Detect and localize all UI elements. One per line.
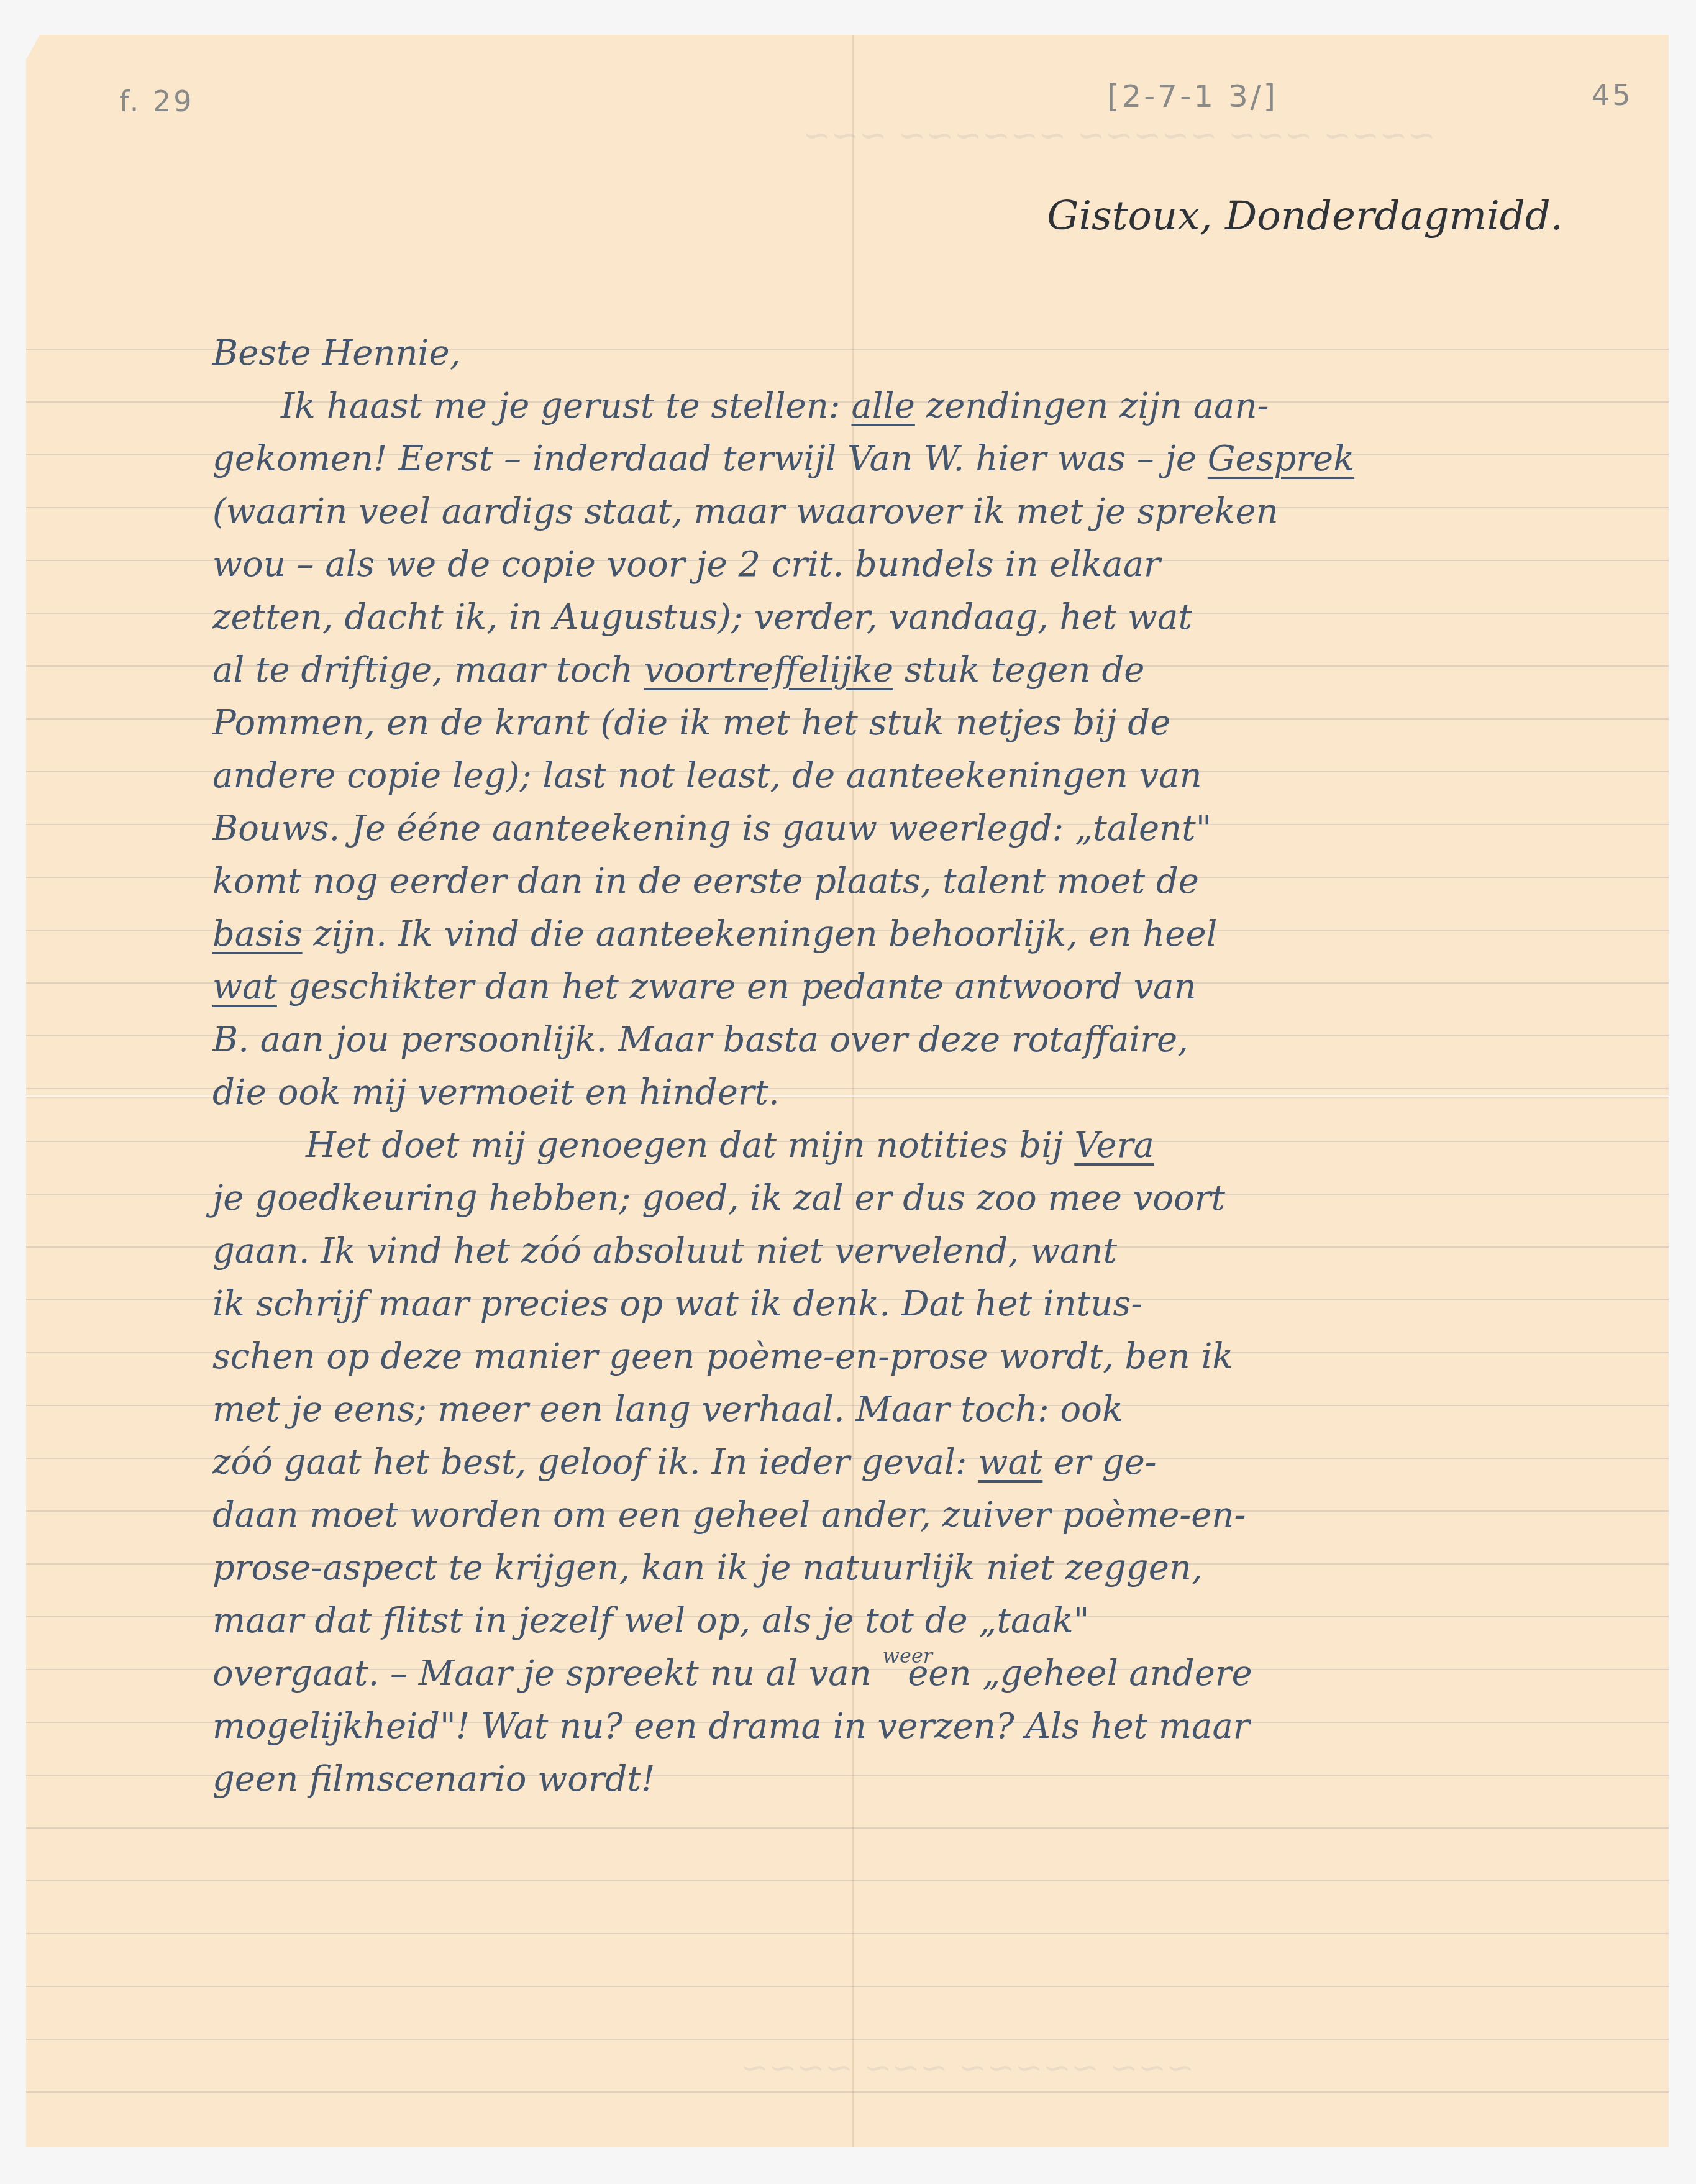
folio-annotation: f. 29 (119, 85, 194, 118)
underlined-word: wat (978, 1442, 1043, 1483)
letter-line: (waarin veel aardigs staat, maar waarove… (212, 485, 1654, 538)
line-text: schen op deze manier geen poème-en-prose… (212, 1336, 1233, 1377)
line-text: B. aan jou persoonlijk. Maar basta over … (212, 1020, 1188, 1060)
ruled-line (26, 1827, 1669, 1829)
underlined-word: alle (851, 386, 914, 426)
letter-line: gaan. Ik vind het zóó absoluut niet verv… (212, 1225, 1654, 1277)
letter-line: wou – als we de copie voor je 2 crit. bu… (212, 538, 1654, 591)
line-text: mogelijkheid"! Wat nu? een drama in verz… (212, 1706, 1250, 1747)
line-text: zetten, dacht ik, in Augustus); verder, … (212, 597, 1192, 637)
ruled-line (26, 1986, 1669, 1987)
letter-line: wat geschikter dan het zware en pedante … (212, 961, 1654, 1013)
line-text: die ook mij vermoeit en hindert. (212, 1072, 780, 1113)
underlined-word: voortreffelijke (644, 650, 893, 690)
line-text: komt nog eerder dan in de eerste plaats,… (212, 861, 1199, 902)
letter-line: die ook mij vermoeit en hindert. (212, 1066, 1654, 1119)
letter-line: Bouws. Je ééne aanteekening is gauw weer… (212, 802, 1654, 855)
line-text: met je eens; meer een lang verhaal. Maar… (212, 1389, 1123, 1430)
letter-line: gekomen! Eerst – inderdaad terwijl Van W… (212, 432, 1654, 485)
line-text: er ge- (1042, 1442, 1156, 1483)
letter-line: Het doet mij genoegen dat mijn notities … (212, 1119, 1654, 1172)
ruled-line (26, 1880, 1669, 1881)
page-number: 45 (1592, 78, 1633, 112)
line-text: Ik haast me je gerust te stellen: (281, 386, 851, 426)
line-text: Pommen, en de krant (die ik met het stuk… (212, 703, 1170, 743)
letter-line: ik schrijf maar precies op wat ik denk. … (212, 1277, 1654, 1330)
letter-line: komt nog eerder dan in de eerste plaats,… (212, 855, 1654, 908)
bleed-through-text: ~~~ ~~~~~ ~~~ ~~~~ (741, 2048, 1194, 2087)
underlined-word: wat (212, 967, 277, 1007)
letter-line: prose-aspect te krijgen, kan ik je natuu… (212, 1542, 1654, 1594)
letter-line: zetten, dacht ik, in Augustus); verder, … (212, 591, 1654, 644)
line-text: zendingen zijn aan- (915, 386, 1269, 426)
letter-body: Beste Hennie, Ik haast me je gerust te s… (212, 327, 1654, 1806)
letter-line: overgaat. – Maar je spreekt nu al van we… (212, 1647, 1654, 1700)
inserted-word: weer (883, 1644, 933, 1668)
letter-line: geen filmscenario wordt! (212, 1753, 1654, 1806)
letter-line: mogelijkheid"! Wat nu? een drama in verz… (212, 1700, 1654, 1753)
line-text: Bouws. Je ééne aanteekening is gauw weer… (212, 808, 1211, 849)
line-text: wou – als we de copie voor je 2 crit. bu… (212, 544, 1160, 585)
line-text: (waarin veel aardigs staat, maar waarove… (212, 491, 1279, 532)
bleed-through-text: ~~~~ ~~~ ~~~~~ ~~~~~~ ~~~ (803, 116, 1436, 155)
place-day-heading: Gistoux, Donderdagmidd. (1047, 193, 1563, 239)
ruled-line (26, 2039, 1669, 2040)
salutation: Beste Hennie, (212, 327, 1654, 380)
underlined-word: Gesprek (1208, 439, 1354, 479)
line-text: al te driftige, maar toch (212, 650, 644, 690)
line-text: ik schrijf maar precies op wat ik denk. … (212, 1284, 1142, 1324)
letter-line: maar dat flitst in jezelf wel op, als je… (212, 1594, 1654, 1647)
ruled-line (26, 1933, 1669, 1934)
letter-line: B. aan jou persoonlijk. Maar basta over … (212, 1013, 1654, 1066)
line-text: prose-aspect te krijgen, kan ik je natuu… (212, 1548, 1203, 1588)
ruled-line (26, 2091, 1669, 2093)
line-text: daan moet worden om een geheel ander, zu… (212, 1495, 1246, 1535)
letter-line: Ik haast me je gerust te stellen: alle z… (212, 380, 1654, 432)
line-text: maar dat flitst in jezelf wel op, als je… (212, 1601, 1090, 1641)
letter-line: Pommen, en de krant (die ik met het stuk… (212, 697, 1654, 749)
letter-line: basis zijn. Ik vind die aanteekeningen b… (212, 908, 1654, 961)
letter-line: schen op deze manier geen poème-en-prose… (212, 1330, 1654, 1383)
line-text: geschikter dan het zware en pedante antw… (277, 967, 1197, 1007)
line-text: overgaat. – Maar je spreekt nu al van (212, 1653, 883, 1694)
line-text: geen filmscenario wordt! (212, 1759, 655, 1799)
line-text: andere copie leg); last not least, de aa… (212, 756, 1202, 796)
letter-line: daan moet worden om een geheel ander, zu… (212, 1489, 1654, 1542)
line-text: je goedkeuring hebben; goed, ik zal er d… (212, 1178, 1225, 1218)
date-annotation: [2-7-1 3/] (1107, 78, 1278, 114)
letter-line: al te driftige, maar toch voortreffelijk… (212, 644, 1654, 697)
line-text: een „geheel andere (908, 1653, 1252, 1694)
underlined-word: Vera (1074, 1125, 1154, 1166)
letter-line: zóó gaat het best, geloof ik. In ieder g… (212, 1436, 1654, 1489)
line-text: gaan. Ik vind het zóó absoluut niet verv… (212, 1231, 1117, 1271)
underlined-word: basis (212, 914, 303, 954)
line-text: gekomen! Eerst – inderdaad terwijl Van W… (212, 439, 1208, 479)
line-text: Het doet mij genoegen dat mijn notities … (306, 1125, 1074, 1166)
line-text: zijn. Ik vind die aanteekeningen behoorl… (303, 914, 1218, 954)
letter-page: ~~~~ ~~~ ~~~~~ ~~~~~~ ~~~ ~~~ ~~~~~ ~~~ … (26, 35, 1669, 2147)
letter-line: je goedkeuring hebben; goed, ik zal er d… (212, 1172, 1654, 1225)
letter-line: andere copie leg); last not least, de aa… (212, 749, 1654, 802)
letter-line: met je eens; meer een lang verhaal. Maar… (212, 1383, 1654, 1436)
line-text: stuk tegen de (893, 650, 1144, 690)
line-text: zóó gaat het best, geloof ik. In ieder g… (212, 1442, 978, 1483)
